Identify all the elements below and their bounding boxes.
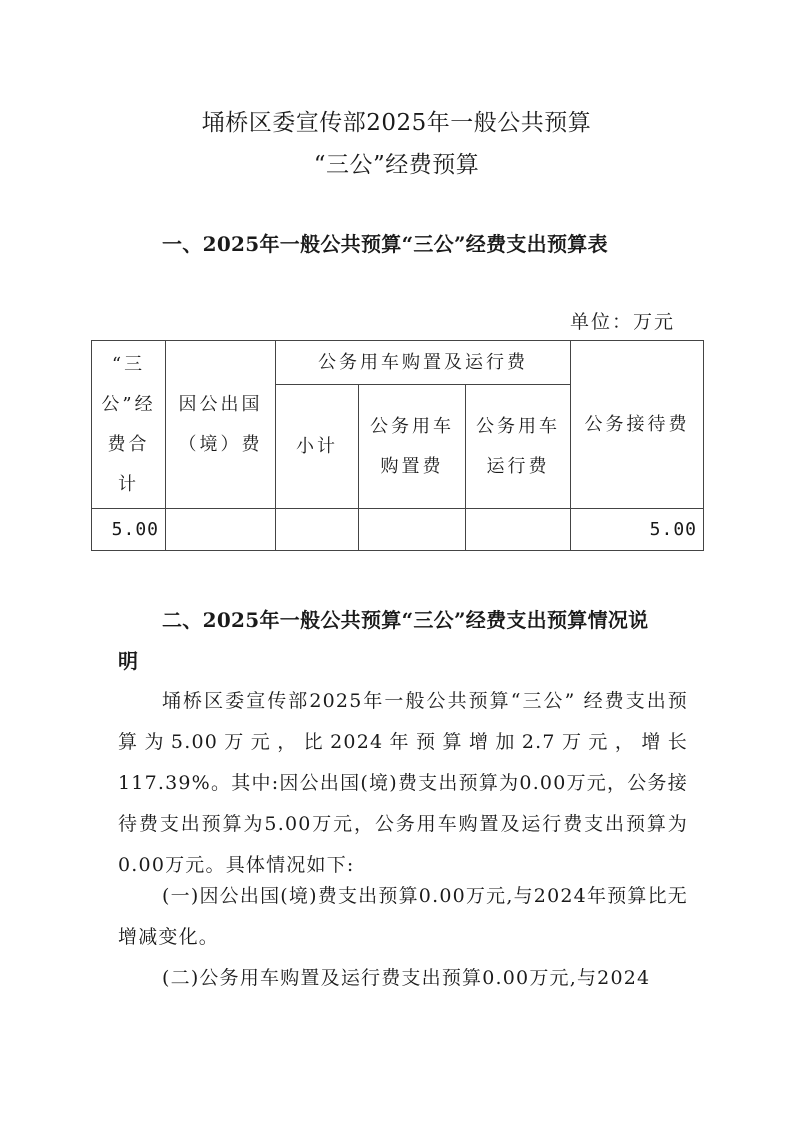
section2-heading-line1: 二、2025年一般公共预算“三公”经费支出预算情况说 [162, 608, 648, 632]
document-title-line2: “三公”经费预算 [0, 146, 793, 179]
header-vehicle-group: 公务用车购置及运行费 [276, 341, 571, 385]
section2-paragraph-abroad: (一)因公出国(境)费支出预算0.00万元,与2024年预算比无增减变化。 [118, 876, 688, 958]
unit-label: 单位：万元 [570, 307, 675, 334]
cell-reception: 5.00 [571, 509, 704, 551]
three-public-expenses-table: “三 公”经 费合 计 因公出国 （境）费 公务用车购置及运行费 公务接待费 小… [91, 340, 704, 551]
section1-heading: 一、2025年一般公共预算“三公”经费支出预算表 [162, 228, 608, 257]
header-total-line1: “三 [92, 345, 165, 385]
section2-paragraph-vehicle: (二)公务用车购置及运行费支出预算0.00万元,与2024 [118, 958, 688, 999]
header-abroad-line2: （境）费 [166, 425, 275, 465]
header-vehicle-purchase: 公务用车 购置费 [359, 385, 466, 509]
header-total-line3: 费合 [92, 425, 165, 465]
header-total-line2: 公”经 [92, 385, 165, 425]
header-vehicle-operation: 公务用车 运行费 [466, 385, 571, 509]
header-vehicle-subtotal: 小计 [276, 385, 359, 509]
cell-abroad [166, 509, 276, 551]
header-vehicle-operation-line2: 运行费 [466, 447, 570, 487]
table-header-row-1: “三 公”经 费合 计 因公出国 （境）费 公务用车购置及运行费 公务接待费 [92, 341, 704, 385]
document-title-line1: 埇桥区委宣传部2025年一般公共预算 [0, 104, 793, 137]
cell-vehicle-subtotal [276, 509, 359, 551]
cell-total: 5.00 [92, 509, 166, 551]
table-row: 5.00 5.00 [92, 509, 704, 551]
cell-vehicle-purchase [359, 509, 466, 551]
header-total-line4: 计 [92, 465, 165, 505]
cell-vehicle-operation [466, 509, 571, 551]
header-vehicle-purchase-line2: 购置费 [359, 447, 465, 487]
header-total: “三 公”经 费合 计 [92, 341, 166, 509]
header-vehicle-purchase-line1: 公务用车 [359, 407, 465, 447]
header-reception: 公务接待费 [571, 341, 704, 509]
header-abroad: 因公出国 （境）费 [166, 341, 276, 509]
header-abroad-line1: 因公出国 [166, 385, 275, 425]
header-vehicle-operation-line1: 公务用车 [466, 407, 570, 447]
section2-heading-line2: 明 [118, 641, 682, 682]
section2-paragraph-summary: 埇桥区委宣传部2025年一般公共预算“三公” 经费支出预算为5.00万元，比20… [118, 681, 688, 886]
section2-heading: 二、2025年一般公共预算“三公”经费支出预算情况说 明 [162, 600, 682, 682]
